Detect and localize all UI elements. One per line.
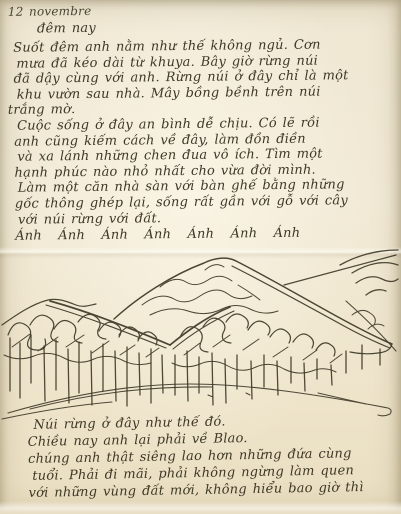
letter-body: Suốt đêm anh nằm như thế không ngủ. Cơn … [13,37,350,244]
letter-top-text: 12 novembre đêm nay Suốt đêm anh nằm như… [13,1,351,244]
letter-line-anh-repeated: Ánh Ánh Ánh Ánh Ánh Ánh Ánh [15,225,350,244]
letter-salutation: đêm nay [37,18,348,36]
tree-trunks [10,335,380,406]
mountain-forest-sketch-icon [0,243,401,428]
left-hill [2,299,170,364]
right-hill [170,307,342,373]
letter-closing-text: Núi rừng ở đây như thế đó. Chiều nay anh… [27,411,363,502]
letter-date: 12 novembre [8,1,348,19]
letter-page: 12 novembre đêm nay Suốt đêm anh nằm như… [0,0,401,514]
back-ridge [284,250,398,351]
